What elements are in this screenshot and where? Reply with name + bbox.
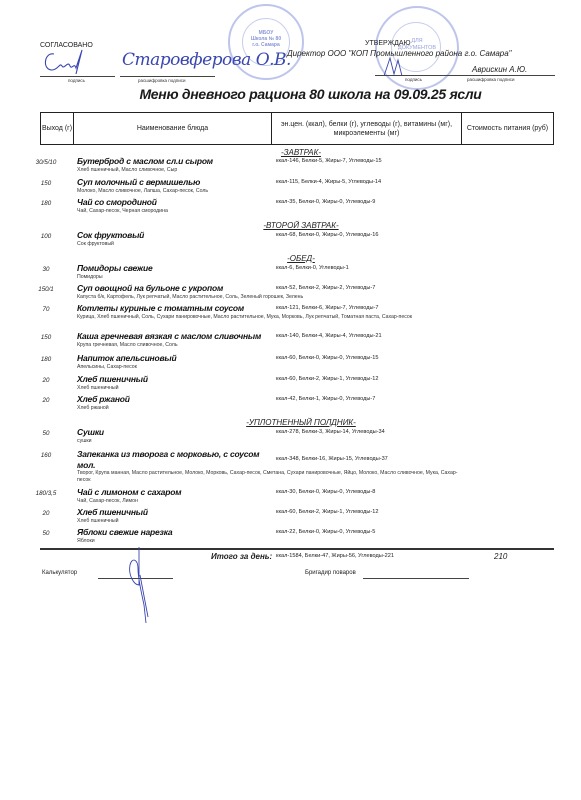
table-header: Выход (г) Наименование блюда эн.цен. (кк… <box>40 112 554 145</box>
row-ingredients: Сок фруктовый <box>77 241 467 248</box>
row-yield: 100 <box>28 233 64 240</box>
row-nutrition: ккал-52, Белки-2, Жиры-2, Углеводы-7 <box>276 285 375 291</box>
row-dish-name: Чай со смородиной <box>77 197 297 208</box>
row-ingredients: Молоко, Масло сливочное, Лапша, Сахар-пе… <box>77 188 467 195</box>
row-dish-name: Сушки <box>77 427 297 438</box>
row-nutrition: ккал-6, Белки-0, Углеводы-1 <box>276 265 349 271</box>
row-dish-name: Хлеб пшеничный <box>77 374 297 385</box>
approve-signature-caption: подпись <box>405 77 422 82</box>
agreed-name-caption: расшифровка подписи <box>138 78 185 83</box>
row-nutrition: ккал-60, Белки-2, Жиры-1, Углеводы-12 <box>276 376 378 382</box>
row-yield: 150/1 <box>28 286 64 293</box>
calculator-signature-icon <box>126 545 152 630</box>
row-nutrition: ккал-30, Белки-0, Жиры-0, Углеводы-8 <box>276 489 375 495</box>
row-yield: 150 <box>28 334 64 341</box>
row-yield: 180/3,5 <box>28 490 64 497</box>
school-stamp: МБОУ Школа № 80 г.о. Самара <box>228 4 304 80</box>
row-dish-name: Помидоры свежие <box>77 263 297 274</box>
row-nutrition: ккал-121, Белки-6, Жиры-7, Углеводы-7 <box>276 305 378 311</box>
agreed-signature-line <box>40 76 115 77</box>
approve-name: Аврискин А.Ю. <box>472 65 527 74</box>
row-yield: 50 <box>28 530 64 537</box>
row-dish-name: Напиток апельсиновый <box>77 353 297 364</box>
row-yield: 70 <box>28 306 64 313</box>
row-nutrition: ккал-140, Белки-4, Жиры-4, Углеводы-21 <box>276 333 382 339</box>
row-ingredients: Крупа гречневая, Масло сливочное, Соль <box>77 342 467 349</box>
row-nutrition: ккал-146, Белки-5, Жиры-7, Углеводы-15 <box>276 158 382 164</box>
row-dish-name: Бутерброд с маслом сл.и сыром <box>77 156 297 167</box>
approve-name-caption: расшифровка подписи <box>467 77 514 82</box>
row-dish-name: Запеканка из творога с морковью, с соусо… <box>77 449 277 471</box>
row-yield: 20 <box>28 377 64 384</box>
row-ingredients: Капуста б/к, Картофель, Лук репчатый, Ма… <box>77 294 467 301</box>
col-name-header: Наименование блюда <box>74 113 272 144</box>
row-yield: 30 <box>28 266 64 273</box>
agreed-signature-icon <box>40 48 88 76</box>
total-nutrition: ккал-1584, Белки-47, Жиры-56, Углеводы-2… <box>276 553 394 559</box>
row-ingredients: Апельсины, Сахар-песок <box>77 364 467 371</box>
approve-name-line <box>465 75 555 76</box>
row-ingredients: Яблоки <box>77 538 467 545</box>
row-ingredients: сушки <box>77 438 467 445</box>
row-ingredients: Чай, Сахар-песок, Лимон <box>77 498 467 505</box>
row-ingredients: Хлеб пшеничный, Масло сливочное, Сыр <box>77 167 467 174</box>
row-nutrition: ккал-68, Белки-0, Жиры-0, Углеводы-16 <box>276 232 378 238</box>
row-dish-name: Чай с лимоном с сахаром <box>77 487 297 498</box>
row-nutrition: ккал-278, Белки-3, Жиры-14, Углеводы-34 <box>276 429 385 435</box>
row-dish-name: Котлеты куриные с томатным соусом <box>77 303 297 314</box>
row-nutrition: ккал-42, Белки-1, Жиры-0, Углеводы-7 <box>276 396 375 402</box>
row-yield: 180 <box>28 200 64 207</box>
row-nutrition: ккал-115, Белки-4, Жиры-5, Углеводы-14 <box>276 179 381 185</box>
col-cost-header: Стоимость питания (руб) <box>462 113 553 144</box>
page-title: Меню дневного рациона 80 школа на 09.09.… <box>0 86 581 102</box>
row-ingredients: Хлеб пшеничный <box>77 385 467 392</box>
section-title: -УПЛОТНЕННЫЙ ПОЛДНИК- <box>201 418 401 427</box>
agreed-signature-caption: подпись <box>68 78 85 83</box>
row-nutrition: ккал-35, Белки-0, Жиры-0, Углеводы-9 <box>276 199 375 205</box>
row-ingredients: Чай, Сахар-песок, Черная смородина <box>77 208 467 215</box>
row-yield: 20 <box>28 510 64 517</box>
total-label: Итого за день: <box>211 552 272 561</box>
row-dish-name: Сок фруктовый <box>77 230 297 241</box>
calculator-label: Калькулятор <box>42 570 77 576</box>
total-cost: 210 <box>494 552 507 561</box>
table-bottom-rule <box>40 548 554 550</box>
row-ingredients: Творог, Крупа манная, Масло растительное… <box>77 470 467 484</box>
col-yield-header: Выход (г) <box>41 113 74 144</box>
row-nutrition: ккал-22, Белки-0, Жиры-0, Углеводы-5 <box>276 529 375 535</box>
row-nutrition: ккал-60, Белки-0, Жиры-0, Углеводы-15 <box>276 355 378 361</box>
row-dish-name: Хлеб ржаной <box>77 394 297 405</box>
row-yield: 160 <box>28 452 64 459</box>
chef-signature-line <box>363 578 469 579</box>
row-ingredients: Хлеб ржаной <box>77 405 467 412</box>
row-dish-name: Суп молочный с вермишелью <box>77 177 297 188</box>
row-yield: 150 <box>28 180 64 187</box>
agreed-name-line <box>120 76 215 77</box>
row-nutrition: ккал-348, Белки-16, Жиры-15, Углеводы-37 <box>276 456 388 462</box>
row-dish-name: Хлеб пшеничный <box>77 507 297 518</box>
row-ingredients: Хлеб пшеничный <box>77 518 467 525</box>
row-ingredients: Курица, Хлеб пшеничный, Соль, Сухари пан… <box>77 314 467 321</box>
row-yield: 180 <box>28 356 64 363</box>
row-yield: 20 <box>28 397 64 404</box>
row-ingredients: Помидоры <box>77 274 467 281</box>
row-yield: 30/5/10 <box>28 159 64 166</box>
approve-label: УТВЕРЖДАЮ <box>365 40 411 47</box>
approve-signature-line <box>375 75 465 76</box>
chef-label: Бригадир поваров <box>305 570 356 576</box>
row-dish-name: Суп овощной на бульоне с укропом <box>77 283 297 294</box>
row-nutrition: ккал-60, Белки-2, Жиры-1, Углеводы-12 <box>276 509 378 515</box>
col-nutrition-header: эн.цен. (ккал), белки (г), углеводы (г),… <box>272 113 462 144</box>
row-yield: 50 <box>28 430 64 437</box>
section-title: -ОБЕД- <box>201 254 401 263</box>
row-dish-name: Яблоки свежие нарезка <box>77 527 297 538</box>
row-dish-name: Каша гречневая вязкая с маслом сливочным <box>77 331 297 342</box>
section-title: -ВТОРОЙ ЗАВТРАК- <box>201 221 401 230</box>
